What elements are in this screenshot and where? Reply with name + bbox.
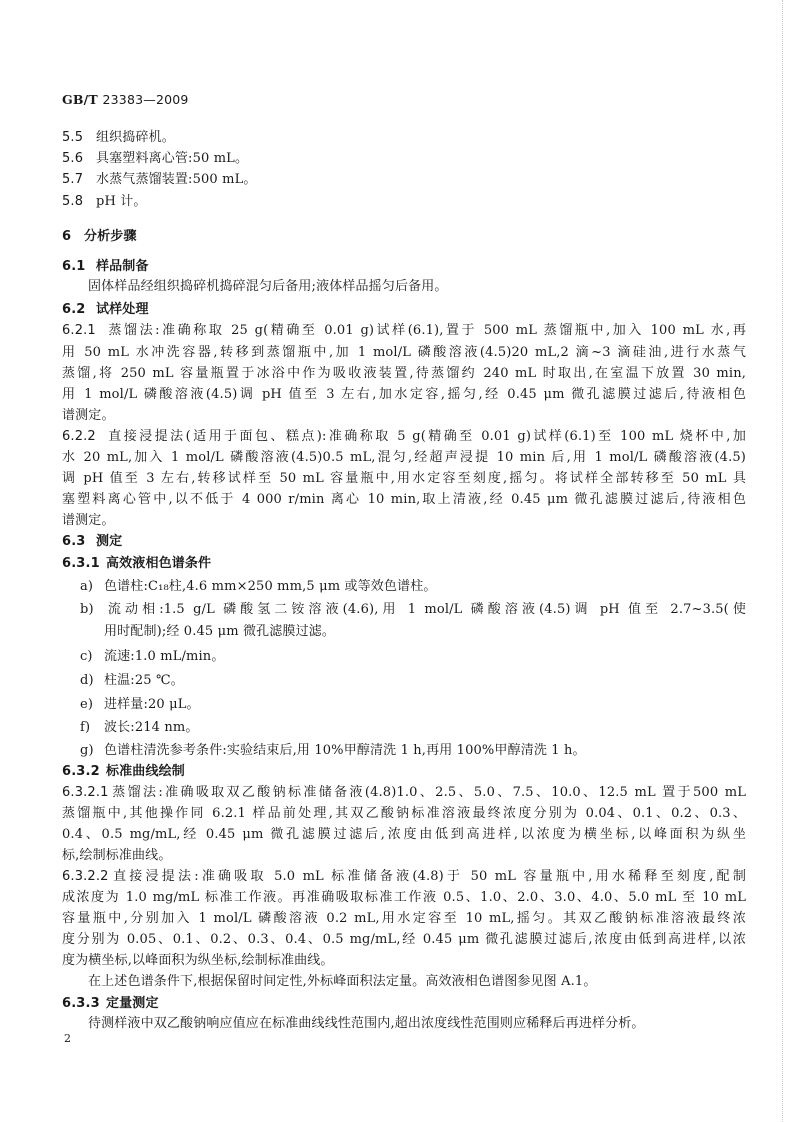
clause-6-3-2-1-line: 蒸馏瓶中,其他操作同 6.2.1 样品前处理,其双乙酸钠标准溶液最终浓度分别为 … — [62, 803, 746, 824]
clause-title: 定量测定 — [106, 996, 159, 1011]
section-number: 6 — [62, 226, 84, 247]
clause-number: 6.2.1 — [62, 320, 106, 341]
clause-6-2-2-line: 谱测定。 — [62, 510, 746, 531]
clause-6-1-heading: 6.1样品制备 — [62, 256, 746, 277]
clause-number: 5.5 — [62, 127, 96, 148]
clause-number: 6.3.3 — [62, 993, 106, 1014]
clause-number: 6.3.1 — [62, 553, 106, 574]
item-label: g) — [80, 740, 104, 761]
clause-6-3-2-2-line: 度为横坐标,以峰面积为纵坐标,绘制标准曲线。 — [62, 950, 746, 971]
item-label: b) — [80, 599, 104, 620]
standard-header: GB/T 23383—2009 — [62, 92, 189, 107]
clause-6-2-2-line: 6.2.2直接浸提法(适用于面包、糕点):准确称取 5 g(精确至 0.01 g… — [62, 426, 746, 447]
clause-6-3-2-1-line: 0.4、0.5 mg/mL,经 0.45 μm 微孔滤膜过滤后,浓度由低到高进样… — [62, 824, 746, 845]
hplc-condition-injection-volume: e)进样量:20 μL。 — [80, 694, 746, 715]
clause-6-3-3-heading: 6.3.3定量测定 — [62, 993, 746, 1014]
clause-6-3-2-1-line: 6.3.2.1蒸馏法:准确吸取双乙酸钠标准储备液(4.8)1.0、2.5、5.0… — [62, 782, 746, 803]
clause-6-3-2-2-line: 容量瓶中,分别加入 1 mol/L 磷酸溶液 0.2 mL,用水定容至 10 m… — [62, 908, 746, 929]
item-text: 色谱柱清洗参考条件:实验结束后,用 10%甲醇清洗 1 h,再用 100%甲醇清… — [104, 743, 586, 758]
clause-6-2-2-line: 调 pH 值至 3 左右,转移试样至 50 mL 容量瓶中,用水定容至刻度,摇匀… — [62, 468, 746, 489]
item-label: c) — [80, 646, 104, 667]
item-text: 流动相:1.5 g/L 磷酸氢二铵溶液(4.6),用 1 mol/L 磷酸溶液(… — [104, 602, 746, 617]
clause-number: 5.7 — [62, 169, 96, 190]
item-text: 进样量:20 μL。 — [104, 697, 200, 712]
clause-6-2-2-line: 水 20 mL,加入 1 mol/L 磷酸溶液(4.5)0.5 mL,混匀,经超… — [62, 447, 746, 468]
item-text: 流速:1.0 mL/min。 — [104, 649, 224, 664]
page-number: 2 — [64, 1032, 71, 1045]
hplc-condition-mobile-phase-cont: 用时配制);经 0.45 μm 微孔滤膜过滤。 — [104, 621, 746, 642]
section-6-heading: 6分析步骤 — [62, 226, 746, 247]
hplc-condition-column: a)色谱柱:C₁₈柱,4.6 mm×250 mm,5 μm 或等效色谱柱。 — [80, 576, 746, 597]
clause-title: 试样处理 — [96, 302, 149, 317]
clause-6-2-1-line: 用 1 mol/L 磷酸溶液(4.5)调 pH 值至 3 左右,加水定容,摇匀,… — [62, 384, 746, 405]
clause-number: 6.1 — [62, 256, 96, 277]
hplc-condition-column-temp: d)柱温:25 ℃。 — [80, 670, 746, 691]
clause-text: 直接浸提法:准确吸取 5.0 mL 标准储备液(4.8)于 50 mL 容量瓶中… — [110, 869, 746, 884]
item-label: a) — [80, 576, 104, 597]
item-label: d) — [80, 670, 104, 691]
clause-number: 6.2 — [62, 299, 96, 320]
clause-6-3-2-2-line: 成浓度为 1.0 mg/mL 标准工作液。再准确吸取标准工作液 0.5、1.0、… — [62, 887, 746, 908]
clause-6-2-2-line: 塞塑料离心管中,以不低于 4 000 r/min 离心 10 min,取上清液,… — [62, 489, 746, 510]
clause-text: pH 计。 — [96, 194, 147, 209]
clause-number: 6.3.2.1 — [62, 782, 110, 803]
clause-number: 6.2.2 — [62, 426, 106, 447]
clause-5-6: 5.6具塞塑料离心管:50 mL。 — [62, 148, 746, 169]
scan-edge-artifact — [782, 0, 784, 1122]
clause-6-2-1-line: 谱测定。 — [62, 405, 746, 426]
clause-text: 蒸馏法:准确称取 25 g(精确至 0.01 g)试样(6.1),置于 500 … — [106, 323, 746, 338]
item-label: f) — [80, 717, 104, 738]
clause-6-3-heading: 6.3测定 — [62, 531, 746, 552]
clause-6-2-1-line: 6.2.1蒸馏法:准确称取 25 g(精确至 0.01 g)试样(6.1),置于… — [62, 320, 746, 341]
clause-text: 组织捣碎机。 — [96, 130, 175, 145]
hplc-condition-column-cleaning: g)色谱柱清洗参考条件:实验结束后,用 10%甲醇清洗 1 h,再用 100%甲… — [80, 740, 746, 761]
clause-number: 6.3 — [62, 531, 96, 552]
standard-number: 23383—2009 — [102, 92, 188, 107]
clause-title: 高效液相色谱条件 — [106, 556, 211, 571]
clause-6-2-heading: 6.2试样处理 — [62, 299, 746, 320]
clause-number: 6.3.2.2 — [62, 866, 110, 887]
clause-text: 具塞塑料离心管:50 mL。 — [96, 151, 248, 166]
clause-6-2-1-line: 用 50 mL 水冲洗容器,转移到蒸馏瓶中,加 1 mol/L 磷酸溶液(4.5… — [62, 342, 746, 363]
hplc-condition-wavelength: f)波长:214 nm。 — [80, 717, 746, 738]
clause-number: 6.3.2 — [62, 761, 106, 782]
clause-text: 直接浸提法(适用于面包、糕点):准确称取 5 g(精确至 0.01 g)试样(6… — [106, 429, 746, 444]
clause-6-3-2-1-line: 标,绘制标准曲线。 — [62, 845, 746, 866]
hplc-condition-flow-rate: c)流速:1.0 mL/min。 — [80, 646, 746, 667]
item-text: 波长:214 nm。 — [104, 720, 199, 735]
clause-title: 标准曲线绘制 — [106, 764, 185, 779]
clause-5-5: 5.5组织捣碎机。 — [62, 127, 746, 148]
clause-number: 5.6 — [62, 148, 96, 169]
document-page: GB/T 23383—2009 5.5组织捣碎机。 5.6具塞塑料离心管:50 … — [0, 0, 793, 1122]
clause-6-3-2-2-line: 6.3.2.2直接浸提法:准确吸取 5.0 mL 标准储备液(4.8)于 50 … — [62, 866, 746, 887]
clause-6-2-1-line: 蒸馏,将 250 mL 容量瓶置于冰浴中作为吸收液装置,待蒸馏约 240 mL … — [62, 363, 746, 384]
standard-code: GB/T — [62, 92, 98, 107]
clause-title: 测定 — [96, 534, 122, 549]
clause-title: 样品制备 — [96, 259, 149, 274]
clause-text: 水蒸气蒸馏装置:500 mL。 — [96, 172, 257, 187]
section-title: 分析步骤 — [84, 229, 137, 244]
clause-6-3-3-paragraph: 待测样液中双乙酸钠响应值应在标准曲线线性范围内,超出浓度线性范围则应稀释后再进样… — [88, 1013, 746, 1034]
hplc-condition-mobile-phase: b)流动相:1.5 g/L 磷酸氢二铵溶液(4.6),用 1 mol/L 磷酸溶… — [80, 599, 746, 620]
item-text: 色谱柱:C₁₈柱,4.6 mm×250 mm,5 μm 或等效色谱柱。 — [104, 579, 437, 594]
clause-6-3-2-paragraph: 在上述色谱条件下,根据保留时间定性,外标峰面积法定量。高效液相色谱图参见图 A.… — [88, 971, 746, 992]
clause-5-8: 5.8pH 计。 — [62, 191, 746, 212]
clause-number: 5.8 — [62, 191, 96, 212]
item-text: 柱温:25 ℃。 — [104, 673, 184, 688]
item-label: e) — [80, 694, 104, 715]
clause-text: 蒸馏法:准确吸取双乙酸钠标准储备液(4.8)1.0、2.5、5.0、7.5、10… — [110, 785, 746, 800]
clause-6-1-paragraph: 固体样品经组织捣碎机捣碎混匀后备用;液体样品摇匀后备用。 — [88, 276, 746, 297]
clause-6-3-1-heading: 6.3.1高效液相色谱条件 — [62, 553, 746, 574]
clause-6-3-2-heading: 6.3.2标准曲线绘制 — [62, 761, 746, 782]
clause-6-3-2-2-line: 度分别为 0.05、0.1、0.2、0.3、0.4、0.5 mg/mL,经 0.… — [62, 929, 746, 950]
clause-5-7: 5.7水蒸气蒸馏装置:500 mL。 — [62, 169, 746, 190]
